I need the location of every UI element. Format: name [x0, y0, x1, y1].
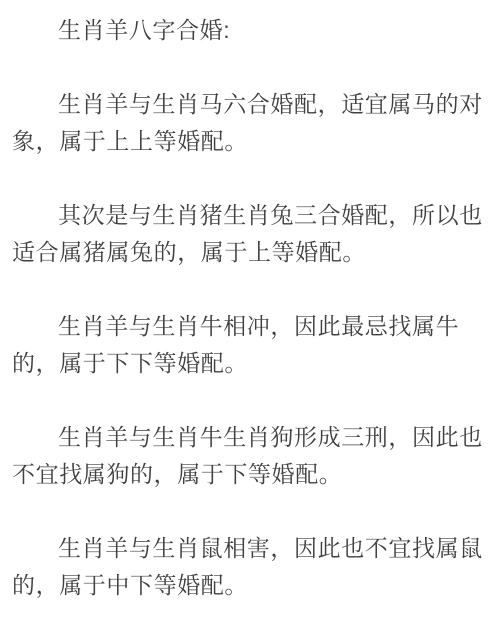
paragraph-rat-harm: 生肖羊与生肖鼠相害，因此也不宜找属鼠的，属于中下等婚配。 — [12, 530, 489, 604]
article-page: 生肖羊八字合婚: 生肖羊与生肖马六合婚配，适宜属马的对象，属于上上等婚配。 其次… — [0, 0, 500, 620]
paragraph-ox-clash: 生肖羊与生肖牛相冲，因此最忌找属牛的，属于下下等婚配。 — [12, 308, 489, 382]
document-title: 生肖羊八字合婚: — [12, 12, 489, 49]
paragraph-ox-dog-punishment: 生肖羊与生肖牛生肖狗形成三刑，因此也不宜找属狗的，属于下等婚配。 — [12, 419, 489, 493]
paragraph-horse-match: 生肖羊与生肖马六合婚配，适宜属马的对象，属于上上等婚配。 — [12, 86, 489, 160]
paragraph-pig-rabbit-match: 其次是与生肖猪生肖兔三合婚配，所以也适合属猪属兔的，属于上等婚配。 — [12, 197, 489, 271]
